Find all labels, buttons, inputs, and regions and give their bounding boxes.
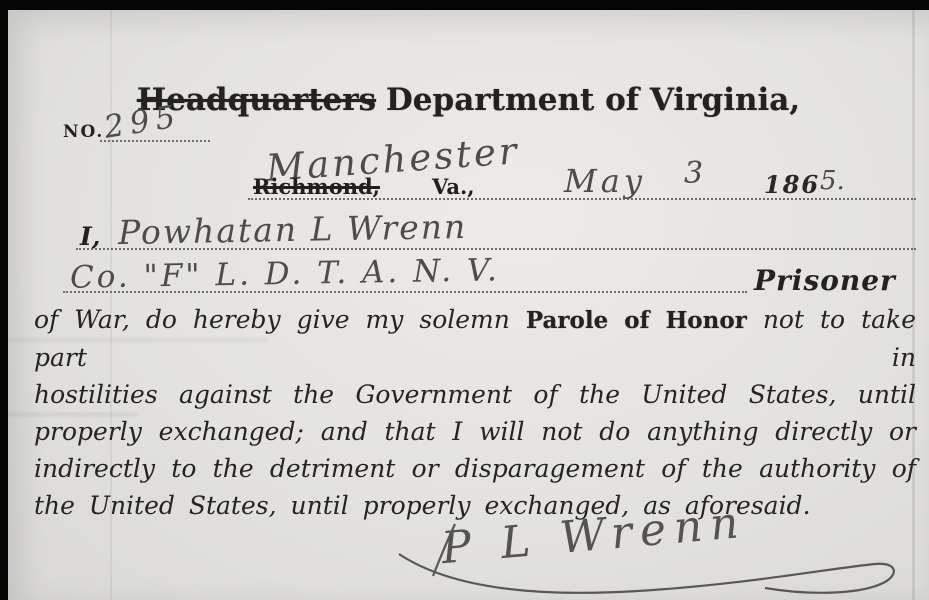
unit-handwritten: Co. "F" L. D. T. A. N. V. [70, 252, 500, 295]
state-printed: Va., [432, 174, 475, 199]
prisoner-label-printed: Prisoner [754, 264, 896, 297]
name-dotted-line [76, 248, 916, 250]
year-printed: 186 [764, 170, 820, 199]
place-printed-struck: Richmond, [253, 174, 380, 199]
number-label: NO. [63, 122, 104, 142]
parolee-name-handwritten: Powhatan L Wrenn [118, 207, 468, 252]
unit-dotted-line [63, 291, 747, 293]
body-line: indirectly to the detriment or disparage… [34, 450, 916, 487]
pronoun-printed: I, [80, 222, 100, 251]
body-line: of War, do hereby give my solemn Parole … [34, 301, 916, 376]
body-paragraph: of War, do hereby give my solemn Parole … [34, 301, 916, 524]
dateline-dotted-line [248, 198, 916, 200]
scan-border-left [0, 0, 8, 600]
scanned-parole-document: Headquarters Department of Virginia, NO.… [0, 0, 929, 600]
day-handwritten: 3 [684, 156, 703, 191]
body-line: properly exchanged; and that I will not … [34, 413, 916, 450]
body-line: hostilities against the Government of th… [34, 376, 916, 413]
month-handwritten: May [564, 162, 646, 200]
paper-sheet: Headquarters Department of Virginia, NO.… [8, 10, 929, 600]
parole-of-honor-blackletter: Parole of Honor [526, 307, 747, 334]
signature-block: P L Wrenn [393, 502, 913, 600]
header-title-text: Department of Virginia, [386, 82, 800, 118]
scan-border-top [0, 0, 929, 10]
year-suffix-handwritten: 5. [820, 166, 845, 196]
